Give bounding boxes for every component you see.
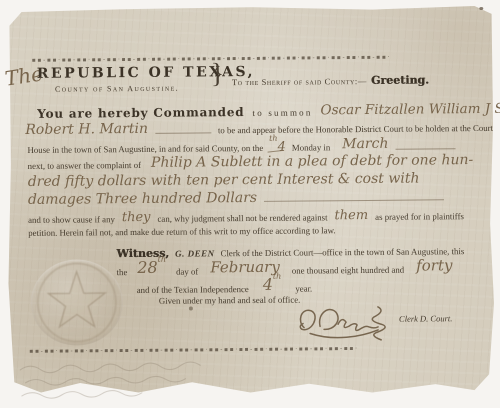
independence-text-b: year. [295, 283, 312, 293]
summons-line-7: and to show cause if any they can, why j… [28, 206, 464, 228]
petition-text: petition. Herein fail not, and make due … [28, 225, 335, 238]
monday-text: Monday in [292, 142, 330, 152]
blank-rule [155, 122, 211, 133]
month-handwriting: March [342, 136, 388, 152]
independence-year-handwriting: 4th [263, 275, 282, 294]
day-handwriting: 28th [137, 258, 166, 277]
clerk-title-text: Clerk D. Court. [399, 313, 452, 323]
blank-rule [395, 138, 455, 150]
year-printed-text: one thousand eight hundred and [292, 265, 404, 276]
house-text: House in the town of San Augustine, in a… [27, 143, 263, 155]
bleedthrough-writing [15, 356, 251, 404]
monday-ordinal-handwriting: th4 [269, 140, 286, 155]
seal-star-icon [30, 259, 123, 346]
defendant-name2-handwriting: Robert H. Martin [25, 121, 148, 138]
complaint-handwriting-3: damages Three hundred Dollars [28, 190, 257, 208]
day-of-text: day of [176, 266, 198, 276]
greeting-line: To the Sheriff of said County:— Greeting… [232, 70, 429, 90]
complaint-handwriting-2: dred fifty dollars with ten per cent Int… [28, 171, 420, 190]
independence-suffix: th [273, 271, 281, 280]
scanned-document-page: { "document_type": "Republic of Texas di… [0, 0, 500, 408]
clerk-signature-flourish [294, 299, 394, 346]
complaint-handwriting-1: Philip A Sublett in a plea of debt for o… [151, 152, 473, 171]
next-text: next, to answer the complaint of [28, 160, 141, 171]
curly-brace: } [211, 58, 225, 90]
appear-text: to be and appear before the Honorable Di… [218, 123, 493, 135]
to-summon-text: to summon [252, 107, 312, 118]
ornament-border-bottom: ▪▪-▪▪·▪▪-▪▪·▪▪-▪▪·▪▪-▪▪·▪▪-▪▪·▪▪-▪▪·▪▪-▪… [29, 344, 449, 355]
ink-speck [189, 307, 193, 311]
year-handwriting: forty [416, 256, 452, 274]
to-sheriff-text: To the Sheriff of said County:— [232, 76, 367, 87]
ink-speck [479, 7, 483, 10]
independence-number: 4 [263, 275, 273, 294]
defendant-names-handwriting: Oscar Fitzallen William J Stansell and [320, 100, 500, 118]
show-cause-b-text: can, why judgment shall not be rendered … [157, 212, 327, 223]
document-content: ▪▪-▪▪·▪▪-▪▪·▪▪-▪▪·▪▪-▪▪·▪▪-▪▪·▪▪-▪▪·▪▪-▪… [0, 0, 500, 408]
month-handwriting-witness: February [210, 258, 280, 277]
they-handwriting: they [122, 210, 151, 225]
commanded-text: You are hereby Commanded [37, 105, 244, 121]
independence-text-a: and of the Texian Independence [137, 284, 249, 295]
given-under-hand-text: Given under my hand and seal of office. [159, 295, 301, 306]
ordinal-suffix: th [269, 133, 277, 142]
greeting-text: Greeting. [371, 73, 429, 87]
ordinal-number: 4 [278, 140, 286, 155]
county-subtitle: County of San Augustine. [55, 84, 179, 94]
day-number: 28 [137, 258, 158, 277]
summons-line-6: damages Three hundred Dollars [28, 187, 447, 209]
show-cause-c-text: as prayed for in plaintiffs [375, 211, 464, 222]
day-suffix: th [158, 254, 166, 263]
clerk-name-printed: G. DEEN [175, 248, 215, 258]
show-cause-a-text: and to show cause if any [28, 214, 115, 225]
ornament-border-top: ▪▪-▪▪·▪▪-▪▪·▪▪-▪▪·▪▪-▪▪·▪▪-▪▪·▪▪-▪▪·▪▪-▪… [32, 53, 484, 64]
them-handwriting: them [334, 208, 368, 223]
blank-rule [264, 189, 444, 202]
